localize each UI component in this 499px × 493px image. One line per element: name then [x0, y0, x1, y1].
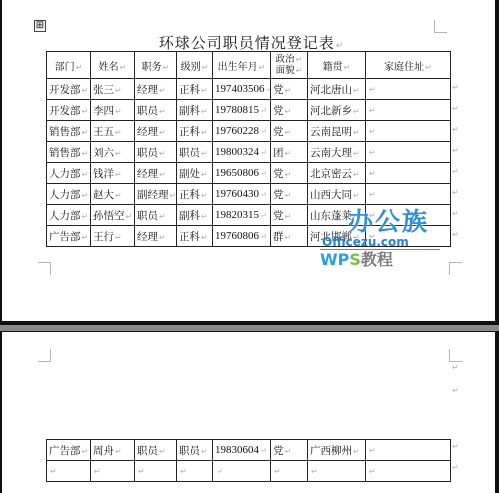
cell-text: 开发部 — [49, 105, 81, 117]
paragraph-mark: ↵ — [452, 386, 459, 395]
cell-text: 销售部 — [49, 126, 81, 138]
table-cell[interactable]: 党↵ — [271, 440, 308, 461]
paragraph-mark: ↵ — [266, 85, 271, 94]
cell-text: 钱洋 — [93, 168, 114, 180]
cell-text: 党 — [273, 84, 284, 96]
table-cell[interactable]: 职员↵ — [135, 205, 177, 226]
table-cell[interactable]: ↵ — [177, 461, 213, 482]
paragraph-mark: ↵ — [353, 191, 360, 200]
table-cell[interactable]: 19650806↵ — [213, 163, 271, 184]
table-cell[interactable]: 正科↵ — [177, 226, 213, 247]
table-cell[interactable]: 广西柳州↵ — [308, 440, 366, 461]
table-cell[interactable]: 党↵ — [271, 79, 308, 100]
table-cell[interactable]: 党↵ — [271, 100, 308, 121]
watermark-url: Officezu.com — [320, 236, 440, 250]
paragraph-mark: ↵ — [285, 107, 292, 116]
paragraph-mark: ↵ — [285, 86, 292, 95]
table-cell[interactable]: 经理↵ — [135, 121, 177, 142]
table-cell[interactable]: 副经理↵ — [135, 184, 177, 205]
cell-text: 副处 — [179, 168, 200, 180]
table-row: 广告部↵周舟↵职员↵职员↵19830604↵党↵广西柳州↵↵ — [47, 440, 451, 461]
cell-text: 职员 — [137, 105, 158, 117]
table-cell[interactable]: 19780815↵ — [213, 100, 271, 121]
table-cell[interactable]: 职员↵ — [135, 100, 177, 121]
paragraph-mark: ↵ — [369, 85, 376, 94]
table-cell[interactable]: 钱洋↵ — [91, 163, 135, 184]
table-cell[interactable]: 销售部↵ — [47, 121, 91, 142]
table-cell[interactable]: ↵ — [366, 184, 451, 205]
table-cell[interactable]: 人力部↵ — [47, 163, 91, 184]
paragraph-mark: ↵ — [50, 467, 57, 476]
table-cell[interactable]: 开发部↵ — [47, 100, 91, 121]
paragraph-mark: ↵ — [82, 128, 89, 137]
paragraph-mark: ↵ — [353, 86, 360, 95]
cell-text: 山东蓬莱 — [310, 210, 352, 222]
table-cell[interactable]: 李四↵ — [91, 100, 135, 121]
paragraph-mark: ↵ — [201, 212, 208, 221]
row-end-mark: ↵ — [452, 188, 459, 197]
margin-corner-bottom-right — [449, 262, 462, 275]
table-cell[interactable]: 团↵ — [271, 142, 308, 163]
table-cell[interactable]: 广告部↵ — [47, 440, 91, 461]
table-row: ↵↵↵↵↵↵↵↵ — [47, 461, 451, 482]
cell-text: 19800324 — [215, 146, 259, 158]
paragraph-mark: ↵ — [159, 128, 166, 137]
table-cell[interactable]: 群↵ — [271, 226, 308, 247]
paragraph-mark: ↵ — [201, 128, 208, 137]
paragraph-mark: ↵ — [369, 467, 376, 476]
cell-text: 李四 — [93, 105, 114, 117]
cell-text: 19830604 — [215, 444, 259, 456]
paragraph-mark: ↵ — [82, 170, 89, 179]
paragraph-mark: ↵ — [201, 191, 208, 200]
paragraph-mark: ↵ — [369, 148, 376, 157]
table-cell[interactable]: 河北唐山↵ — [308, 79, 366, 100]
paragraph-mark: ↵ — [216, 467, 223, 476]
cell-text: 副科 — [179, 105, 200, 117]
cell-text: 正科 — [179, 126, 200, 138]
paragraph-mark: ↵ — [180, 467, 187, 476]
table-cell[interactable]: ↵ — [91, 461, 135, 482]
table-cell[interactable]: 广告部↵ — [47, 226, 91, 247]
watermark-logo: 办公族 Officezu.com WPS教程 — [348, 208, 448, 270]
table-cell[interactable]: 职员↵ — [177, 142, 213, 163]
table-cell[interactable]: 19820315↵ — [213, 205, 271, 226]
document-page-1: ⊞ 环球公司职员情况登记表↵ 部门↵ 姓名↵ 职务↵ 级别↵ 出生年月↵ 政治↵… — [0, 0, 499, 325]
paragraph-mark: ↵ — [201, 233, 208, 242]
table-cell[interactable]: 经理↵ — [135, 79, 177, 100]
title-text: 环球公司职员情况登记表 — [159, 34, 335, 52]
paragraph-mark: ↵ — [369, 169, 376, 178]
row-end-mark: ↵ — [452, 83, 459, 92]
paragraph-mark: ↵ — [82, 86, 89, 95]
paragraph-mark: ↵ — [353, 447, 360, 456]
employee-table-continued[interactable]: 广告部↵周舟↵职员↵职员↵19830604↵党↵广西柳州↵↵↵↵↵↵↵↵↵↵ — [46, 439, 451, 482]
cell-text: 19820315 — [215, 209, 259, 221]
document-title: 环球公司职员情况登记表↵ — [2, 32, 499, 53]
cell-text: 党 — [273, 105, 284, 117]
table-cell[interactable]: 人力部↵ — [47, 184, 91, 205]
table-row: 销售部↵王五↵经理↵正科↵19760228↵党↵云南昆明↵↵ — [47, 121, 451, 142]
paragraph-mark: ↵ — [201, 86, 208, 95]
cell-text: 党 — [273, 210, 284, 222]
row-end-mark: ↵ — [452, 125, 459, 134]
table-body: 广告部↵周舟↵职员↵职员↵19830604↵党↵广西柳州↵↵↵↵↵↵↵↵↵↵ — [47, 440, 451, 482]
cell-text: 正科 — [179, 231, 200, 243]
paragraph-mark: ↵ — [115, 107, 122, 116]
paragraph-mark: ↵ — [115, 149, 122, 158]
table-cell[interactable]: ↵ — [271, 461, 308, 482]
table-row: 开发部↵张三↵经理↵正科↵197403506↵党↵河北唐山↵↵ — [47, 79, 451, 100]
table-cell[interactable]: 周舟↵ — [91, 440, 135, 461]
table-cell[interactable]: 经理↵ — [135, 163, 177, 184]
cell-text: 经理 — [137, 231, 158, 243]
paragraph-mark: ↵ — [201, 170, 208, 179]
cell-text: 团 — [273, 147, 284, 159]
table-cell[interactable]: ↵ — [366, 121, 451, 142]
cell-text: 正科 — [179, 189, 200, 201]
cell-text: 云南昆明 — [310, 126, 352, 138]
cell-text: 周舟 — [93, 445, 114, 457]
cell-text: 经理 — [137, 126, 158, 138]
header-cell-name[interactable]: 姓名↵ — [91, 52, 135, 79]
table-cell[interactable]: 刘六↵ — [91, 142, 135, 163]
cell-text: 群 — [273, 231, 284, 243]
cell-text: 销售部 — [49, 147, 81, 159]
table-cell[interactable]: 山西大同↵ — [308, 184, 366, 205]
paragraph-mark: ↵ — [285, 149, 292, 158]
table-cell[interactable]: 人力部↵ — [47, 205, 91, 226]
table-cell[interactable]: 张三↵ — [91, 79, 135, 100]
watermark-wps-tutorial: WPS教程 — [320, 250, 448, 270]
paragraph-mark: ↵ — [369, 190, 376, 199]
table-cell[interactable]: 19800324↵ — [213, 142, 271, 163]
paragraph-mark: ↵ — [159, 233, 166, 242]
table-row: 人力部↵赵大↵副经理↵正科↵19760430↵党↵山西大同↵↵ — [47, 184, 451, 205]
cell-text: 职员 — [137, 445, 158, 457]
cell-text: 山西大同 — [310, 189, 352, 201]
cell-text: 刘六 — [93, 147, 114, 159]
paragraph-mark: ↵ — [369, 106, 376, 115]
cell-text: 副科 — [179, 210, 200, 222]
table-cell[interactable]: 云南昆明↵ — [308, 121, 366, 142]
paragraph-mark: ↵ — [285, 191, 292, 200]
cell-text: 职员 — [137, 210, 158, 222]
table-cell[interactable]: 19760806↵ — [213, 226, 271, 247]
paragraph-mark: ↵ — [159, 107, 166, 116]
table-cell[interactable]: 河北新乡↵ — [308, 100, 366, 121]
row-end-mark: ↵ — [452, 442, 459, 451]
cell-text: 广西柳州 — [310, 445, 352, 457]
header-cell-political[interactable]: 政治↵ 面貌↵ — [271, 52, 308, 79]
table-cell[interactable]: 赵大↵ — [91, 184, 135, 205]
table-cell[interactable]: ↵ — [366, 163, 451, 184]
table-cell[interactable]: 党↵ — [271, 205, 308, 226]
table-cell[interactable]: ↵ — [135, 461, 177, 482]
table-cell[interactable]: ↵ — [213, 461, 271, 482]
cell-text: 党 — [273, 126, 284, 138]
paragraph-mark: ↵ — [260, 127, 267, 136]
paragraph-mark: ↵ — [82, 233, 89, 242]
paragraph-mark: ↵ — [159, 212, 166, 221]
row-end-mark: ↵ — [452, 209, 459, 218]
paragraph-mark: ↵ — [115, 191, 122, 200]
paragraph-mark: ↵ — [82, 212, 89, 221]
paragraph-mark: ↵ — [260, 232, 267, 241]
paragraph-mark: ↵ — [126, 212, 133, 221]
table-cell[interactable]: 王行↵ — [91, 226, 135, 247]
paragraph-mark: ↵ — [201, 107, 208, 116]
cell-text: 正科 — [179, 84, 200, 96]
paragraph-mark: ↵ — [138, 467, 145, 476]
table-cell[interactable]: 正科↵ — [177, 184, 213, 205]
cell-text: 王行 — [93, 231, 114, 243]
table-cell[interactable]: 孙悟空↵ — [91, 205, 135, 226]
paragraph-mark: ↵ — [115, 86, 122, 95]
table-row: 销售部↵刘六↵职员↵职员↵19800324↵团↵云南大理↵↵ — [47, 142, 451, 163]
paragraph-mark: ↵ — [82, 191, 89, 200]
row-end-mark: ↵ — [452, 167, 459, 176]
paragraph-mark: ↵ — [159, 447, 166, 456]
cell-text: 河北新乡 — [310, 105, 352, 117]
cell-text: 副经理 — [137, 189, 169, 201]
cell-text: 人力部 — [49, 168, 81, 180]
table-cell[interactable]: ↵ — [366, 142, 451, 163]
table-cell[interactable]: 北京密云↵ — [308, 163, 366, 184]
paragraph-mark: ↵ — [285, 233, 292, 242]
table-header-row: 部门↵ 姓名↵ 职务↵ 级别↵ 出生年月↵ 政治↵ 面貌↵ 籍贯↵ 家庭住址↵ — [47, 52, 451, 79]
table-cell[interactable]: ↵ — [366, 461, 451, 482]
table-cell[interactable]: 19830604↵ — [213, 440, 271, 461]
paragraph-mark: ↵ — [159, 149, 166, 158]
paragraph-mark: ↵ — [201, 149, 208, 158]
row-end-mark: ↵ — [452, 146, 459, 155]
table-cell[interactable]: ↵ — [47, 461, 91, 482]
paragraph-mark: ↵ — [82, 447, 89, 456]
watermark-brand: 办公族 — [348, 208, 448, 236]
paragraph-mark: ↵ — [115, 233, 122, 242]
table-cell[interactable]: 开发部↵ — [47, 79, 91, 100]
margin-corner-top-right — [449, 349, 462, 362]
margin-corner-top-left — [38, 349, 51, 362]
paragraph-mark: ↵ — [369, 446, 376, 455]
paragraph-mark: ↵ — [260, 169, 267, 178]
table-cell[interactable]: 职员↵ — [135, 142, 177, 163]
cell-text: 党 — [273, 189, 284, 201]
header-cell-department[interactable]: 部门↵ — [47, 52, 91, 79]
table-cell[interactable]: 经理↵ — [135, 226, 177, 247]
table-cell[interactable]: 副科↵ — [177, 100, 213, 121]
margin-corner-bottom-left — [38, 262, 51, 275]
cell-text: 广告部 — [49, 231, 81, 243]
table-cell[interactable]: ↵ — [366, 100, 451, 121]
header-cell-address[interactable]: 家庭住址↵ — [366, 52, 451, 79]
paragraph-mark: ↵ — [452, 363, 459, 372]
table-cell[interactable]: 副科↵ — [177, 205, 213, 226]
table-move-handle-icon[interactable]: ⊞ — [34, 20, 46, 32]
table-cell[interactable]: ↵ — [308, 461, 366, 482]
cell-text: 北京密云 — [310, 168, 352, 180]
paragraph-mark: ↵ — [115, 447, 122, 456]
paragraph-mark: ↵ — [170, 191, 177, 200]
table-row: 人力部↵钱洋↵经理↵副处↵19650806↵党↵北京密云↵↵ — [47, 163, 451, 184]
table-cell[interactable]: 党↵ — [271, 163, 308, 184]
table-row: 开发部↵李四↵职员↵副科↵19780815↵党↵河北新乡↵↵ — [47, 100, 451, 121]
table-cell[interactable]: 19760228↵ — [213, 121, 271, 142]
table-cell[interactable]: 19760430↵ — [213, 184, 271, 205]
header-cell-birth[interactable]: 出生年月↵ — [213, 52, 271, 79]
table-cell[interactable]: 职员↵ — [177, 440, 213, 461]
cell-text: 197403506 — [215, 83, 265, 95]
paragraph-mark: ↵ — [285, 128, 292, 137]
cell-text: 19760430 — [215, 188, 259, 200]
paragraph-mark: ↵ — [115, 128, 122, 137]
table-cell[interactable]: ↵ — [366, 440, 451, 461]
paragraph-mark: ↵ — [285, 212, 292, 221]
cell-text: 王五 — [93, 126, 114, 138]
table-cell[interactable]: 正科↵ — [177, 121, 213, 142]
row-end-mark: ↵ — [452, 104, 459, 113]
cell-text: 经理 — [137, 84, 158, 96]
paragraph-mark: ↵ — [82, 149, 89, 158]
paragraph-mark: ↵ — [201, 447, 208, 456]
cell-text: 19760806 — [215, 230, 259, 242]
cell-text: 19650806 — [215, 167, 259, 179]
table-cell[interactable]: 云南大理↵ — [308, 142, 366, 163]
cell-text: 党 — [273, 168, 284, 180]
paragraph-mark: ↵ — [159, 86, 166, 95]
header-cell-level[interactable]: 级别↵ — [177, 52, 213, 79]
paragraph-mark: ↵ — [159, 170, 166, 179]
paragraph-mark: ↵ — [94, 467, 101, 476]
paragraph-mark: ↵ — [369, 127, 376, 136]
table-cell[interactable]: 正科↵ — [177, 79, 213, 100]
paragraph-mark: ↵ — [285, 447, 292, 456]
paragraph-mark: ↵ — [260, 106, 267, 115]
table-cell[interactable]: 王五↵ — [91, 121, 135, 142]
table-cell[interactable]: 197403506↵ — [213, 79, 271, 100]
table-cell[interactable]: 销售部↵ — [47, 142, 91, 163]
paragraph-mark: ↵ — [274, 467, 281, 476]
paragraph-mark: ↵ — [285, 170, 292, 179]
cell-text: 赵大 — [93, 189, 114, 201]
cell-text: 张三 — [93, 84, 114, 96]
cell-text: 人力部 — [49, 189, 81, 201]
cell-text: 广告部 — [49, 445, 81, 457]
cell-text: 职员 — [137, 147, 158, 159]
paragraph-mark: ↵ — [353, 107, 360, 116]
table-cell[interactable]: 职员↵ — [135, 440, 177, 461]
paragraph-mark: ↵ — [82, 107, 89, 116]
cell-text: 孙悟空 — [93, 210, 125, 222]
row-end-mark: ↵ — [452, 230, 459, 239]
paragraph-mark: ↵ — [260, 190, 267, 199]
paragraph-mark: ↵ — [260, 211, 267, 220]
document-page-2: ↵ ↵ 广告部↵周舟↵职员↵职员↵19830604↵党↵广西柳州↵↵↵↵↵↵↵↵… — [0, 331, 499, 493]
table-cell[interactable]: ↵ — [366, 79, 451, 100]
paragraph-mark: ↵ — [353, 170, 360, 179]
table-cell[interactable]: 党↵ — [271, 184, 308, 205]
cell-text: 经理 — [137, 168, 158, 180]
cell-text: 19780815 — [215, 104, 259, 116]
cell-text: 河北唐山 — [310, 84, 352, 96]
header-cell-position[interactable]: 职务↵ — [135, 52, 177, 79]
paragraph-mark: ↵ — [353, 149, 360, 158]
paragraph-mark: ↵ — [336, 41, 345, 51]
cell-text: 19760228 — [215, 125, 259, 137]
paragraph-mark: ↵ — [353, 128, 360, 137]
paragraph-mark: ↵ — [115, 170, 122, 179]
paragraph-mark: ↵ — [260, 446, 267, 455]
paragraph-mark: ↵ — [260, 148, 267, 157]
cell-text: 云南大理 — [310, 147, 352, 159]
cell-text: 人力部 — [49, 210, 81, 222]
header-cell-origin[interactable]: 籍贯↵ — [308, 52, 366, 79]
cell-text: 开发部 — [49, 84, 81, 96]
paragraph-mark: ↵ — [311, 467, 318, 476]
table-cell[interactable]: 副处↵ — [177, 163, 213, 184]
cell-text: 职员 — [179, 147, 200, 159]
cell-text: 党 — [273, 445, 284, 457]
table-cell[interactable]: 党↵ — [271, 121, 308, 142]
cell-text: 职员 — [179, 445, 200, 457]
row-end-mark: ↵ — [452, 463, 459, 472]
